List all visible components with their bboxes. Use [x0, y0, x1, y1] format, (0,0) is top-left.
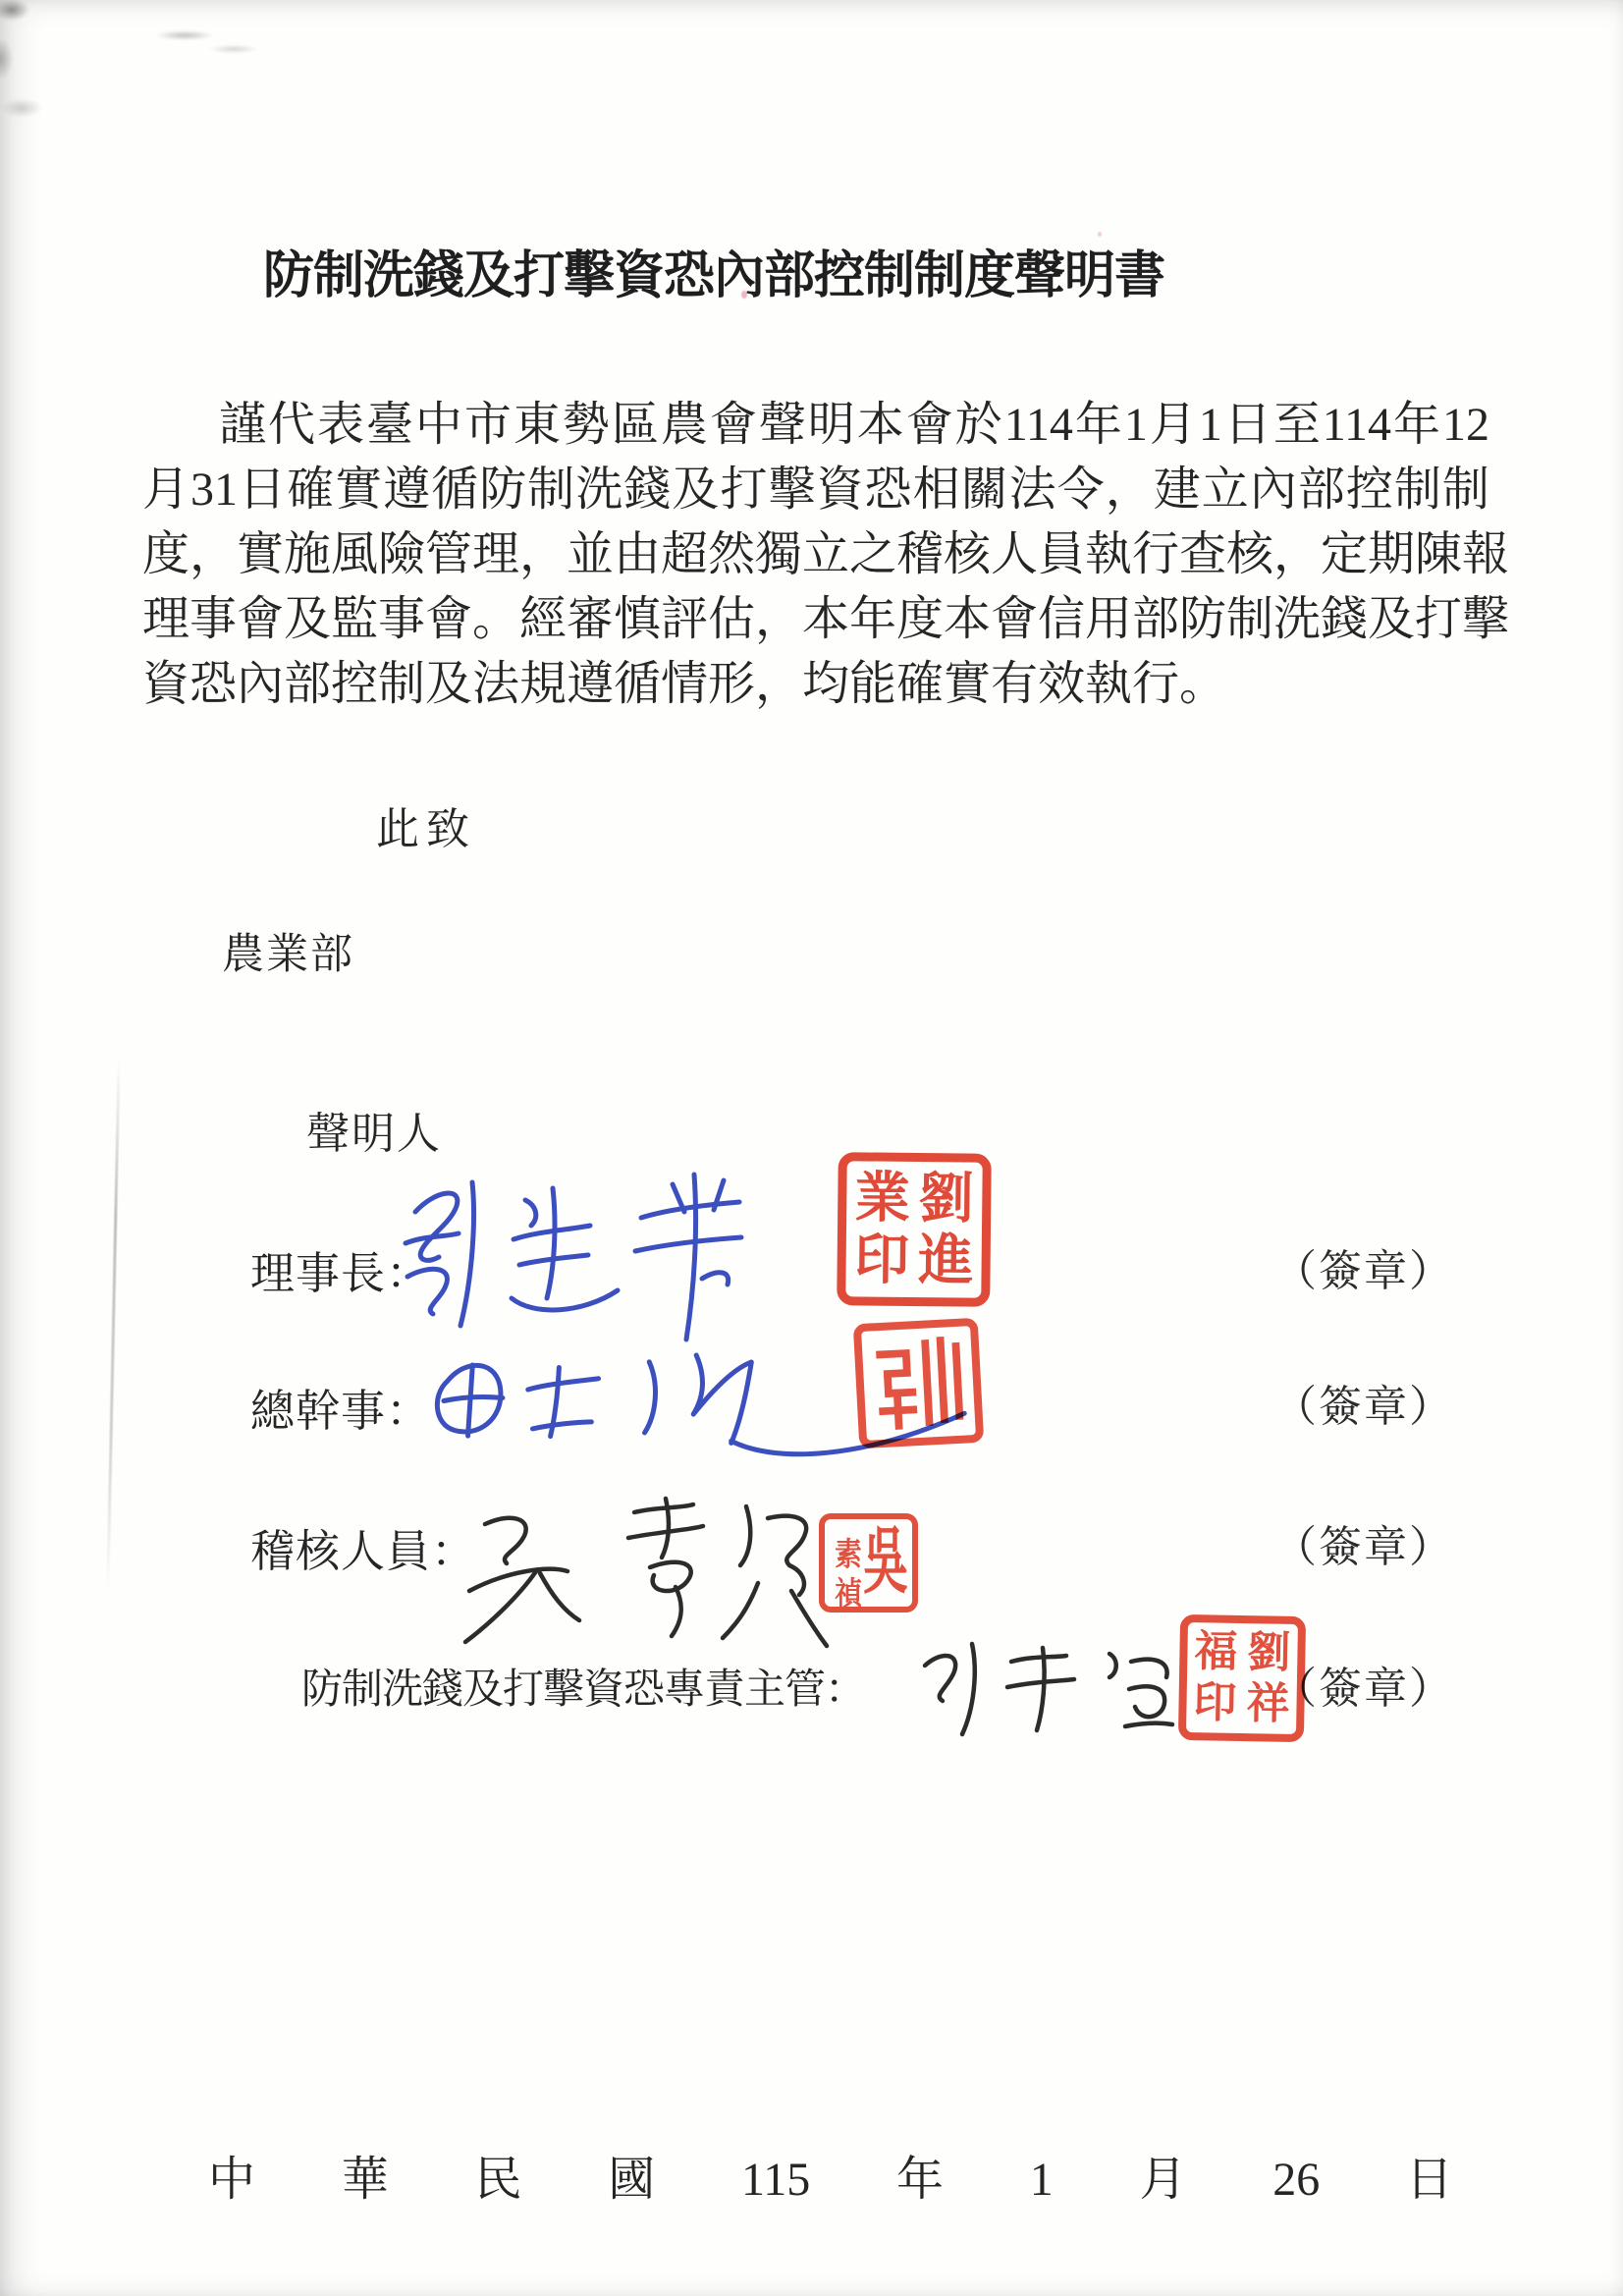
chairman-signature	[378, 1161, 781, 1347]
aml-supervisor-signature	[903, 1632, 1198, 1745]
auditor-seal-stamp: 吳 素 禎	[819, 1513, 918, 1613]
scan-streak-left	[106, 1059, 120, 1589]
body-line: 謹代表臺中市東勢區農會聲明本會於114年1月1日至114年12	[142, 395, 1489, 460]
body-line: 度，實施風險管理，並由超然獨立之稽核人員執行查核，定期陳報	[142, 524, 1489, 589]
seal-char: 印	[1188, 1677, 1242, 1729]
body-line: 月31日確實遵循防制洗錢及打擊資恐相關法令，建立內部控制制	[142, 460, 1489, 524]
date-day: 26	[1272, 2153, 1320, 2207]
auditor-sign-hint: （簽章）	[1273, 1511, 1454, 1574]
date-char: 中	[208, 2141, 255, 2209]
seal-char: 福	[1189, 1626, 1243, 1678]
date-year: 115	[741, 2153, 810, 2207]
date-char: 月	[1139, 2141, 1186, 2209]
aml-supervisor-label: 防制洗錢及打擊資恐專責主管：	[301, 1657, 865, 1716]
seal-char: 印	[849, 1229, 914, 1291]
seal-char: 劉	[1242, 1627, 1296, 1679]
seal-char: 祥	[1241, 1678, 1295, 1730]
auditor-signature	[442, 1489, 844, 1651]
general-manager-seal-stamp	[853, 1318, 984, 1449]
scan-smudge-top-left	[0, 0, 90, 147]
declarant-heading: 聲明人	[306, 1098, 442, 1161]
date-char: 民	[475, 2141, 522, 2209]
seal-char: 劉	[914, 1168, 979, 1230]
date-char: 華	[342, 2141, 389, 2209]
general-manager-sign-hint: （簽章）	[1273, 1371, 1454, 1434]
seal-char: 業	[850, 1167, 915, 1230]
body-line: 理事會及監事會。經審慎評估，本年度本會信用部防制洗錢及打擊	[142, 589, 1489, 654]
scan-smudge-top	[135, 24, 283, 59]
chairman-sign-hint: （簽章）	[1273, 1235, 1454, 1298]
body-line: 資恐內部控制及法規遵循情形，均能確實有效執行。	[142, 654, 1489, 719]
seal-char: 禎	[835, 1567, 862, 1613]
salutation: 此致	[376, 793, 476, 856]
roc-date-line: 中 華 民 國 115 年 1 月 26 日	[208, 2141, 1453, 2209]
date-month: 1	[1030, 2153, 1054, 2207]
seal-char: 吳	[872, 1525, 900, 1602]
seal-char: 進	[913, 1230, 978, 1292]
date-char: 日	[1406, 2141, 1453, 2209]
aml-supervisor-seal-stamp: 福 劉 印 祥	[1178, 1614, 1306, 1742]
chairman-seal-stamp: 業 劉 印 進	[837, 1152, 992, 1307]
scanned-declaration-page: 防制洗錢及打擊資恐內部控制制度聲明書 謹代表臺中市東勢區農會聲明本會於114年1…	[0, 0, 1623, 2296]
date-char: 國	[608, 2141, 655, 2209]
document-title: 防制洗錢及打擊資恐內部控制制度聲明書	[263, 234, 1164, 307]
date-char: 年	[896, 2141, 944, 2209]
recipient-agency: 農業部	[222, 921, 354, 981]
